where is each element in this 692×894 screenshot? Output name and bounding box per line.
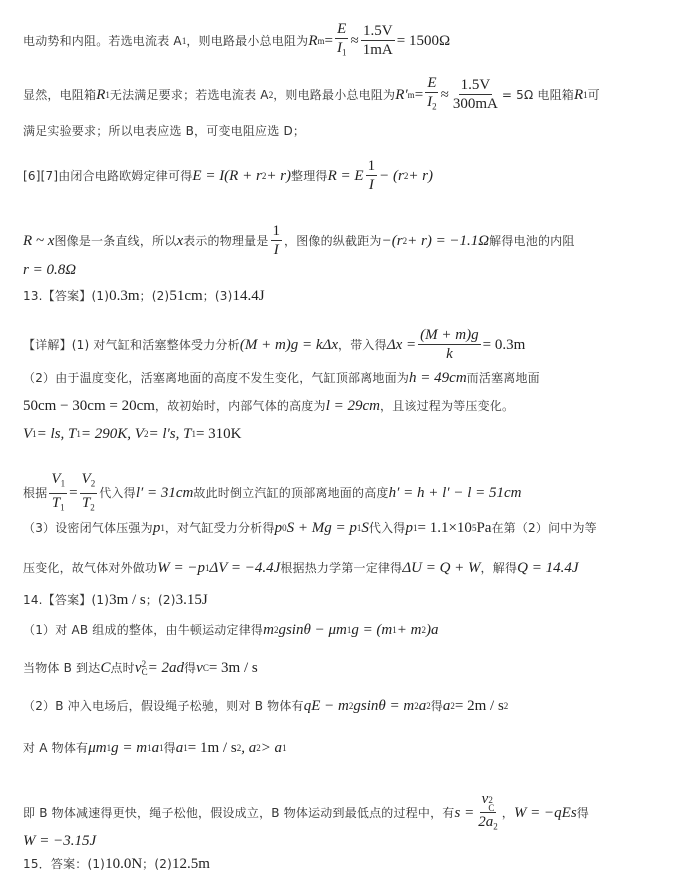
text: 【详解】(1) 对气缸和活塞整体受力分析 bbox=[23, 337, 240, 353]
text-line-21: W = −3.15J bbox=[23, 833, 96, 849]
math-var: p bbox=[275, 520, 283, 536]
math-expr: = 1m / s bbox=[188, 740, 237, 756]
math-expr: ΔU = Q + W bbox=[402, 560, 480, 576]
numerator: E bbox=[335, 20, 348, 39]
math-result: r = 0.8Ω bbox=[23, 262, 76, 278]
numerator: 1 bbox=[271, 222, 283, 241]
math-expr: = 310K bbox=[196, 426, 242, 442]
answer-15-header: 15．答案：(1) 10.0N ；(2) 12.5m bbox=[23, 856, 210, 872]
text-line-18: （2）B 冲入电场后，假设绳子松驰，则对 B 物体有 qE − m2gsinθ … bbox=[23, 698, 508, 714]
text: 而活塞离地面 bbox=[467, 370, 540, 386]
text: 根据热力学第一定律得 bbox=[280, 560, 402, 576]
math-expr: + r) = −1.1Ω bbox=[407, 233, 489, 249]
text: 根据 bbox=[23, 485, 47, 501]
text: = 5Ω 电阻箱 bbox=[502, 87, 574, 103]
text-line-1: 电动势和内阻。若选电流表 A1 ，则电路最小总电阻为 Rm = E I1 ≈ 1… bbox=[23, 20, 450, 62]
math-op: = bbox=[325, 33, 333, 49]
text: ，则电路最小总电阻为 bbox=[186, 33, 308, 49]
subscript: 2 bbox=[90, 502, 95, 512]
denominator: k bbox=[444, 345, 455, 363]
fraction: 1 I bbox=[271, 222, 283, 259]
fraction: 1.5V 1mA bbox=[361, 22, 395, 59]
numerator: V bbox=[51, 471, 60, 487]
text: 显然，电阻箱 bbox=[23, 87, 96, 103]
answer-value: 0.3m bbox=[109, 288, 139, 304]
math-var: a bbox=[443, 698, 451, 714]
math-expr: S bbox=[361, 520, 369, 536]
text-line-13: （3）设密闭气体压强为 p1 ，对气缸受力分析得 p0S + Mg = p1S … bbox=[23, 520, 597, 536]
text: 13.【答案】(1) bbox=[23, 288, 109, 304]
text: ，且该过程为等压变化。 bbox=[380, 398, 514, 414]
answer-value: 14.4J bbox=[232, 288, 264, 304]
text: 故此时倒立汽缸的顶部离地面的高度 bbox=[193, 485, 388, 501]
numerator: v bbox=[482, 791, 489, 807]
math-expr: = 290K, V bbox=[81, 426, 144, 442]
subscript: 2 bbox=[432, 102, 437, 112]
text: 压变化，故气体对外做功 bbox=[23, 560, 157, 576]
math-var: C bbox=[100, 660, 110, 676]
text-line-14: 压变化，故气体对外做功 W = −p1ΔV = −4.4J 根据热力学第一定律得… bbox=[23, 560, 579, 576]
math-expr: h = 49cm bbox=[409, 370, 467, 386]
fraction: 1.5V 300mA bbox=[451, 76, 500, 113]
numerator: 1.5V bbox=[361, 22, 395, 41]
text-line-9: （2）由于温度变化，活塞离地面的高度不发生变化，气缸顶部离地面为 h = 49c… bbox=[23, 370, 540, 386]
answer-value: 10.0N bbox=[105, 856, 142, 872]
text: ，对气缸受力分析得 bbox=[165, 520, 275, 536]
text: 得 bbox=[184, 660, 196, 676]
fraction: v2C 2a2 bbox=[476, 790, 500, 836]
text: 解得电池的内阻 bbox=[489, 233, 574, 249]
math-expr: = ls, T bbox=[37, 426, 77, 442]
denominator: 1mA bbox=[361, 41, 395, 59]
math-expr: = 2ad bbox=[148, 660, 184, 676]
text: ，带入得 bbox=[338, 337, 387, 353]
fraction: (M + m)g k bbox=[418, 326, 480, 363]
math-result: W = −3.15J bbox=[23, 833, 96, 849]
text: ；(3) bbox=[203, 288, 233, 304]
text-line-19: 对 A 物体有 μm1g = m1a1 得 a1 = 1m / s2, a2 >… bbox=[23, 740, 287, 756]
text-line-5: R ~ x 图像是一条直线，所以 x 表示的物理量是 1 I ，图像的纵截距为 … bbox=[23, 222, 575, 259]
numerator: 1 bbox=[366, 157, 378, 176]
denominator: T bbox=[52, 495, 60, 511]
math-op: ≈ bbox=[351, 33, 359, 49]
text: 14.【答案】(1) bbox=[23, 592, 109, 608]
text: 代入得 bbox=[99, 485, 136, 501]
answer-value: 12.5m bbox=[172, 856, 210, 872]
text: 点时 bbox=[110, 660, 134, 676]
text-line-16: （1）对 AB 组成的整体，由牛顿运动定律得 m2gsinθ − μm1g = … bbox=[23, 622, 438, 638]
fraction: V2 T2 bbox=[80, 470, 98, 516]
text: （1）对 AB 组成的整体，由牛顿运动定律得 bbox=[23, 622, 263, 638]
text: 在第（2）问中为等 bbox=[491, 520, 596, 536]
text: ；(2) bbox=[146, 592, 176, 608]
subscript: 1 bbox=[60, 502, 65, 512]
text: 可 bbox=[588, 87, 600, 103]
math-expr: (M + m)g = kΔx bbox=[240, 337, 338, 353]
math-expr: 50cm − 30cm = 20cm bbox=[23, 398, 155, 414]
text: 得 bbox=[431, 698, 443, 714]
denominator: I bbox=[272, 241, 281, 259]
text: 对 A 物体有 bbox=[23, 740, 88, 756]
text: 代入得 bbox=[369, 520, 406, 536]
math-var: a bbox=[176, 740, 184, 756]
fraction: V1 T1 bbox=[49, 470, 67, 516]
math-expr: Δx = bbox=[387, 337, 416, 353]
math-expr: = 1.1×10 bbox=[418, 520, 472, 536]
math-op: ≈ bbox=[441, 87, 449, 103]
math-var: p bbox=[406, 520, 414, 536]
text: 无法满足要求；若选电流表 A bbox=[110, 87, 269, 103]
subscript: m bbox=[408, 87, 415, 103]
subscript: 1 bbox=[282, 740, 287, 756]
math-expr: R ~ x bbox=[23, 233, 54, 249]
fraction: E I2 bbox=[425, 74, 439, 116]
math-expr: + r) bbox=[266, 168, 291, 184]
math-expr: R = E bbox=[328, 168, 364, 184]
math-expr: g = m bbox=[111, 740, 147, 756]
math-result: = 3m / s bbox=[209, 660, 258, 676]
numerator: V bbox=[82, 471, 91, 487]
text: 15．答案：(1) bbox=[23, 856, 105, 872]
math-expr: g = (m bbox=[351, 622, 392, 638]
text: ；(2) bbox=[142, 856, 172, 872]
math-expr: )a bbox=[426, 622, 439, 638]
math-expr: −(r bbox=[382, 233, 403, 249]
math-op: = bbox=[69, 485, 77, 501]
answer-value: 3m / s bbox=[109, 592, 146, 608]
numerator: 1.5V bbox=[459, 76, 493, 95]
subscript: 1 bbox=[342, 48, 347, 58]
math-var: x bbox=[176, 233, 183, 249]
math-expr: l = 29cm bbox=[326, 398, 380, 414]
text: 即 B 物体减速得更快，绳子松他，假设成立，B 物体运动到最低点的过程中，有 bbox=[23, 805, 455, 821]
fraction: E I1 bbox=[335, 20, 349, 62]
text-line-12: 根据 V1 T1 = V2 T2 代入得 l′ = 31cm 故此时倒立汽缸的顶… bbox=[23, 470, 521, 516]
math-var: a bbox=[152, 740, 160, 756]
math-expr: W = −qEs bbox=[514, 805, 577, 821]
text-line-10: 50cm − 30cm = 20cm ，故初始时，内部气体的高度为 l = 29… bbox=[23, 398, 514, 414]
text: （2）B 冲入电场后，假设绳子松驰，则对 B 物体有 bbox=[23, 698, 304, 714]
math-var: V bbox=[23, 426, 32, 442]
denominator: I bbox=[367, 176, 376, 194]
math-expr: ΔV = −4.4J bbox=[209, 560, 280, 576]
numerator: E bbox=[425, 74, 438, 93]
math-expr: − (r bbox=[379, 168, 404, 184]
math-var: R bbox=[96, 87, 105, 103]
text: ，故初始时，内部气体的高度为 bbox=[155, 398, 326, 414]
math-var: v bbox=[196, 660, 203, 676]
superscript: 2 bbox=[504, 698, 509, 714]
text: 图像是一条直线，所以 bbox=[54, 233, 176, 249]
math-var: p bbox=[153, 520, 161, 536]
text: ，则电路最小总电阻为 bbox=[273, 87, 395, 103]
text: 当物体 B 到达 bbox=[23, 660, 100, 676]
text: 表示的物理量是 bbox=[183, 233, 268, 249]
math-expr: gsinθ − μm bbox=[278, 622, 346, 638]
math-expr: + r) bbox=[408, 168, 433, 184]
answer-value: 3.15J bbox=[176, 592, 208, 608]
subscript: C bbox=[488, 804, 494, 812]
text: （2）由于温度变化，活塞离地面的高度不发生变化，气缸顶部离地面为 bbox=[23, 370, 409, 386]
text: 得 bbox=[164, 740, 176, 756]
math-var: a bbox=[419, 698, 427, 714]
denominator: 300mA bbox=[451, 95, 500, 113]
math-expr: qE − m bbox=[304, 698, 349, 714]
text-line-20: 即 B 物体减速得更快，绳子松他，假设成立，B 物体运动到最低点的过程中，有 s… bbox=[23, 790, 589, 836]
text: ， bbox=[502, 805, 514, 821]
math-op: = bbox=[415, 87, 423, 103]
math-var: v bbox=[135, 660, 142, 676]
text: 电动势和内阻。若选电流表 A bbox=[23, 33, 182, 49]
answer-14-header: 14.【答案】(1) 3m / s ；(2) 3.15J bbox=[23, 592, 208, 608]
math-var: R bbox=[574, 87, 583, 103]
subscript: m bbox=[318, 33, 325, 49]
math-expr: W = −p bbox=[157, 560, 205, 576]
text-line-17: 当物体 B 到达 C 点时 v2C = 2ad 得 vC = 3m / s bbox=[23, 660, 258, 676]
math-var: R′ bbox=[395, 87, 407, 103]
math-result: = 1500Ω bbox=[397, 33, 450, 49]
math-var: R bbox=[308, 33, 317, 49]
math-expr: + m bbox=[397, 622, 422, 638]
math-expr: s = bbox=[455, 805, 475, 821]
fraction: 1 I bbox=[366, 157, 378, 194]
text: ，图像的纵截距为 bbox=[284, 233, 382, 249]
math-expr: > a bbox=[261, 740, 282, 756]
math-expr: S + Mg = p bbox=[287, 520, 357, 536]
text: ，解得 bbox=[481, 560, 518, 576]
text: 满足实验要求；所以电表应选 B，可变电阻应选 D； bbox=[23, 123, 305, 139]
numerator: (M + m)g bbox=[418, 326, 480, 345]
math-expr: h′ = h + l′ − l = 51cm bbox=[389, 485, 522, 501]
math-result: Q = 14.4J bbox=[517, 560, 578, 576]
math-expr: μm bbox=[88, 740, 106, 756]
math-expr: l′ = 31cm bbox=[136, 485, 194, 501]
text-line-2: 显然，电阻箱 R1 无法满足要求；若选电流表 A2 ，则电路最小总电阻为 R′m… bbox=[23, 74, 600, 116]
text-line-6: r = 0.8Ω bbox=[23, 262, 76, 278]
math-result: = 2m / s bbox=[455, 698, 504, 714]
text: ；(2) bbox=[140, 288, 170, 304]
denominator: 2a bbox=[478, 814, 493, 830]
subscript: 2 bbox=[493, 822, 498, 832]
math-var: m bbox=[263, 622, 274, 638]
text-line-3: 满足实验要求；所以电表应选 B，可变电阻应选 D； bbox=[23, 123, 305, 139]
unit: Pa bbox=[476, 520, 491, 536]
math-expr: E = I(R + r bbox=[192, 168, 261, 184]
answer-13-header: 13.【答案】(1) 0.3m ；(2) 51cm ；(3) 14.4J bbox=[23, 288, 265, 304]
math-expr: = l′s, T bbox=[148, 426, 191, 442]
text: 得 bbox=[577, 805, 589, 821]
math-expr: , a bbox=[241, 740, 256, 756]
text-line-8: 【详解】(1) 对气缸和活塞整体受力分析 (M + m)g = kΔx ，带入得… bbox=[23, 326, 525, 363]
math-result: = 0.3m bbox=[483, 337, 526, 353]
text-line-4: [6][7]由闭合电路欧姆定律可得 E = I(R + r2 + r) 整理得 … bbox=[23, 157, 433, 194]
text: （3）设密闭气体压强为 bbox=[23, 520, 153, 536]
text-line-11: V1 = ls, T1 = 290K, V2 = l′s, T1 = 310K bbox=[23, 426, 242, 442]
subscript: 1 bbox=[61, 479, 66, 489]
text: 整理得 bbox=[291, 168, 328, 184]
subscript: 2 bbox=[91, 479, 96, 489]
math-expr: gsinθ = m bbox=[353, 698, 414, 714]
text: [6][7]由闭合电路欧姆定律可得 bbox=[23, 168, 192, 184]
answer-value: 51cm bbox=[169, 288, 202, 304]
